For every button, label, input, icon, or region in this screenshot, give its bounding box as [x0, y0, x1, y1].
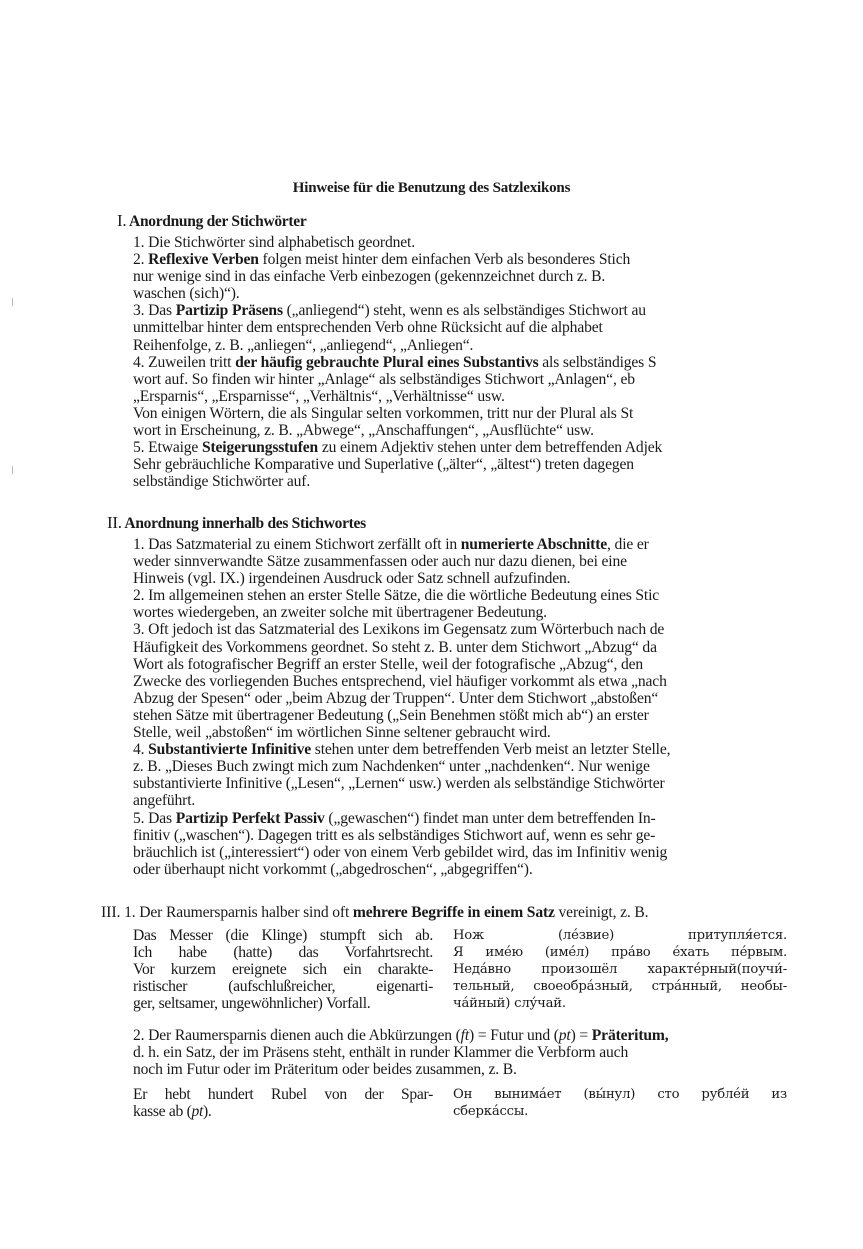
text-run: Zwecke des vorliegenden Buches entsprech…	[133, 673, 667, 690]
text-run: oder überhaupt nicht vorkommt („abgedros…	[133, 861, 533, 878]
text-run: ) =	[571, 1027, 592, 1044]
text-run: waschen (sich)“).	[133, 285, 240, 302]
text-run: Häufigkeit des Vorkommens geordnet. So s…	[133, 639, 657, 656]
text-line: 5. Das Partizip Perfekt Passiv („gewasch…	[133, 810, 785, 827]
section-body-2: 1. Das Satzmaterial zu einem Stichwort z…	[133, 536, 785, 878]
example-russian-2: Он вынимáет (вы́нул) сто рублéй изсберкá…	[453, 1086, 787, 1120]
text-line: Zwecke des vorliegenden Buches entsprech…	[133, 673, 785, 690]
text-run: wortes wiedergeben, an zweiter solche mi…	[133, 604, 547, 621]
text-run: Hinweis (vgl. IX.) irgendeinen Ausdruck …	[133, 570, 570, 587]
example-german-2: Er hebt hundert Rubel von der Spar-kasse…	[133, 1086, 433, 1120]
text-run: als selbständiges S	[539, 354, 657, 371]
text-line: Abzug der Spesen“ oder „beim Abzug der T…	[133, 690, 785, 707]
text-line: bräuchlich ist („interessiert“) oder von…	[133, 844, 785, 861]
text-run: zu einem Adjektiv stehen unter dem betre…	[318, 439, 662, 456]
text-line: Stelle, weil „abstoßen“ im wörtlichen Si…	[133, 724, 785, 741]
text-line: 3. Das Partizip Präsens („anliegend“) st…	[133, 302, 785, 319]
bold-term: Substantivierte Infinitive	[148, 741, 311, 758]
text-line: Hinweis (vgl. IX.) irgendeinen Ausdruck …	[133, 570, 785, 587]
text-run: nur wenige sind in das einfache Verb ein…	[133, 268, 605, 285]
text-run: 4.	[133, 741, 148, 758]
text-line: 1. Die Stichwörter sind alphabetisch geo…	[133, 234, 785, 251]
text-run: vereinigt, z. B.	[555, 904, 649, 921]
text-run: weder sinnverwandte Sätze zusammenfassen…	[133, 553, 627, 570]
text-line: 4. Zuweilen tritt der häufig gebrauchte …	[133, 354, 785, 371]
text-line: Häufigkeit des Vorkommens geordnet. So s…	[133, 639, 785, 656]
text-line: Er hebt hundert Rubel von der Spar-	[133, 1086, 433, 1103]
section-number: I.	[117, 211, 126, 230]
text-line: сберкáссы.	[453, 1103, 787, 1120]
text-line: Ich habe (hatte) das Vorfahrtsrecht.	[133, 944, 433, 961]
text-run: 1. Die Stichwörter sind alphabetisch geo…	[133, 234, 415, 251]
page-title: Hinweise für die Benutzung des Satzlexik…	[0, 180, 863, 197]
text-line: Недáвно произошёл характéрный(поучи́-	[453, 961, 787, 978]
bold-term: Präteritum,	[592, 1027, 669, 1044]
section-title: Anordnung innerhalb des Stichwortes	[124, 515, 365, 532]
text-run: folgen meist hinter dem einfachen Verb a…	[259, 251, 630, 268]
abbreviation: pt	[191, 1103, 203, 1120]
text-line: „Ersparnis“, „Ersparnisse“, „Verhältnis“…	[133, 388, 785, 405]
text-run: Wort als fotografischer Begriff an erste…	[133, 656, 643, 673]
text-run: 4. Zuweilen tritt	[133, 354, 235, 371]
section-3-paragraph-2: 2. Der Raumersparnis dienen auch die Abk…	[133, 1027, 787, 1078]
text-run: Von einigen Wörtern, die als Singular se…	[133, 405, 633, 422]
text-run: („gewaschen“) findet man unter dem betre…	[325, 810, 656, 827]
text-run: substantivierte Infinitive („Lesen“, „Le…	[133, 775, 665, 792]
text-run: 2.	[133, 251, 148, 268]
text-line: selbständige Stichwörter auf.	[133, 473, 785, 490]
text-line: unmittelbar hinter dem entsprechenden Ve…	[133, 319, 785, 336]
section-intro: 1. Der Raumersparnis halber sind oft meh…	[124, 904, 648, 921]
text-run: d. h. ein Satz, der im Präsens steht, en…	[133, 1044, 628, 1061]
text-line: 2. Reflexive Verben folgen meist hinter …	[133, 251, 785, 268]
bold-term: Partizip Perfekt Passiv	[176, 810, 325, 827]
scan-artifact	[12, 298, 13, 306]
text-line: 2. Im allgemeinen stehen an erster Stell…	[133, 587, 785, 604]
text-line: Reihenfolge, z. B. „anliegen“, „anliegen…	[133, 337, 785, 354]
text-line: d. h. ein Satz, der im Präsens steht, en…	[133, 1044, 787, 1061]
text-line: kasse ab (pt).	[133, 1103, 433, 1120]
text-run: 3. Oft jedoch ist das Satzmaterial des L…	[133, 621, 664, 638]
bold-term: mehrere Begriffe in einem Satz	[353, 904, 555, 921]
text-run: Reihenfolge, z. B. „anliegen“, „anliegen…	[133, 337, 473, 354]
text-line: Von einigen Wörtern, die als Singular se…	[133, 405, 785, 422]
text-run: finitiv („waschen“). Dagegen tritt es al…	[133, 827, 655, 844]
section-heading-3: III. 1. Der Raumersparnis halber sind of…	[101, 904, 801, 921]
text-run: („anliegend“) steht, wenn es als selbstä…	[283, 302, 646, 319]
text-run: 2. Im allgemeinen stehen an erster Stell…	[133, 587, 659, 604]
text-run: 5. Etwaige	[133, 439, 202, 456]
text-run: stehen unter dem betreffenden Verb meist…	[311, 741, 670, 758]
text-run: 5. Das	[133, 810, 176, 827]
text-line: 4. Substantivierte Infinitive stehen unt…	[133, 741, 785, 758]
text-line: ristischer (aufschlußreicher, eigenarti-	[133, 978, 433, 995]
text-run: wort in Erscheinung, z. B. „Abwege“, „An…	[133, 422, 594, 439]
text-run: noch im Futur oder im Präteritum oder be…	[133, 1061, 517, 1078]
text-line: wort in Erscheinung, z. B. „Abwege“, „An…	[133, 422, 785, 439]
text-run: ) = Futur und (	[469, 1027, 559, 1044]
example-german: Das Messer (die Klinge) stumpft sich ab.…	[133, 927, 433, 1012]
text-line: Vor kurzem ereignete sich ein charakte-	[133, 961, 433, 978]
scan-artifact	[12, 466, 13, 474]
text-line: angeführt.	[133, 792, 785, 809]
text-run: bräuchlich ist („interessiert“) oder von…	[133, 844, 667, 861]
text-run: „Ersparnis“, „Ersparnisse“, „Verhältnis“…	[133, 388, 505, 405]
abbreviation: ft	[461, 1027, 469, 1044]
text-run: angeführt.	[133, 792, 195, 809]
section-body-1: 1. Die Stichwörter sind alphabetisch geo…	[133, 234, 785, 490]
text-line: 1. Das Satzmaterial zu einem Stichwort z…	[133, 536, 785, 553]
bold-term: Steigerungsstufen	[202, 439, 318, 456]
text-line: Wort als fotografischer Begriff an erste…	[133, 656, 785, 673]
text-line: substantivierte Infinitive („Lesen“, „Le…	[133, 775, 785, 792]
text-run: Stelle, weil „abstoßen“ im wörtlichen Si…	[133, 724, 551, 741]
text-line: finitiv („waschen“). Dagegen tritt es al…	[133, 827, 785, 844]
bold-term: Partizip Präsens	[176, 302, 283, 319]
section-heading-2: II. Anordnung innerhalb des Stichwortes	[107, 513, 366, 533]
text-run: 1. Das Satzmaterial zu einem Stichwort z…	[133, 536, 461, 553]
text-line: stehen Sätze mit übertragener Bedeutung …	[133, 707, 785, 724]
bold-term: numerierte Abschnitte	[461, 536, 607, 553]
section-heading-1: I. Anordnung der Stichwörter	[117, 211, 306, 231]
text-line: oder überhaupt nicht vorkommt („abgedros…	[133, 861, 785, 878]
section-number: III.	[101, 904, 120, 921]
text-run: wort auf. So finden wir hinter „Anlage“ …	[133, 371, 635, 388]
text-run: z. B. „Dieses Buch zwingt mich zum Nachd…	[133, 758, 650, 775]
text-line: чáйный) слу́чай.	[453, 995, 787, 1012]
text-line: Sehr gebräuchliche Komparative und Super…	[133, 456, 785, 473]
text-line: тельный, своеобрáзный, стрáнный, необы-	[453, 978, 787, 995]
text-run: Er hebt hundert Rubel von der Spar-	[133, 1086, 433, 1103]
text-run: stehen Sätze mit übertragener Bedeutung …	[133, 707, 649, 724]
text-line: wort auf. So finden wir hinter „Anlage“ …	[133, 371, 785, 388]
text-line: Я имéю (имéл) прáво éхать пéрвым.	[453, 944, 787, 961]
text-line: 5. Etwaige Steigerungsstufen zu einem Ad…	[133, 439, 785, 456]
text-run: Abzug der Spesen“ oder „beim Abzug der T…	[133, 690, 658, 707]
abbreviation: pt	[559, 1027, 571, 1044]
text-run: Sehr gebräuchliche Komparative und Super…	[133, 456, 634, 473]
text-run: ).	[203, 1103, 212, 1120]
text-line: Нож (лéзвие) притупля́ется.	[453, 927, 787, 944]
text-run: 1. Der Raumersparnis halber sind oft	[124, 904, 353, 921]
text-run: selbständige Stichwörter auf.	[133, 473, 310, 490]
text-line: z. B. „Dieses Buch zwingt mich zum Nachd…	[133, 758, 785, 775]
text-line: 3. Oft jedoch ist das Satzmaterial des L…	[133, 621, 785, 638]
text-run: 3. Das	[133, 302, 176, 319]
text-run: kasse ab (	[133, 1103, 191, 1120]
text-line: 2. Der Raumersparnis dienen auch die Abk…	[133, 1027, 787, 1044]
text-line: waschen (sich)“).	[133, 285, 785, 302]
text-line: wortes wiedergeben, an zweiter solche mi…	[133, 604, 785, 621]
text-line: noch im Futur oder im Präteritum oder be…	[133, 1061, 787, 1078]
text-run: , die er	[607, 536, 649, 553]
text-line: Das Messer (die Klinge) stumpft sich ab.	[133, 927, 433, 944]
text-run: 2. Der Raumersparnis dienen auch die Abk…	[133, 1027, 461, 1044]
text-run: unmittelbar hinter dem entsprechenden Ve…	[133, 319, 603, 336]
bold-term: Reflexive Verben	[148, 251, 259, 268]
section-number: II.	[107, 513, 122, 532]
text-line: Он вынимáет (вы́нул) сто рублéй из	[453, 1086, 787, 1103]
example-russian: Нож (лéзвие) притупля́ется.Я имéю (имéл)…	[453, 927, 787, 1012]
text-line: weder sinnverwandte Sätze zusammenfassen…	[133, 553, 785, 570]
text-line: nur wenige sind in das einfache Verb ein…	[133, 268, 785, 285]
text-line: ger, seltsamer, ungewöhnlicher) Vorfall.	[133, 995, 433, 1012]
bold-term: der häufig gebrauchte Plural eines Subst…	[235, 354, 538, 371]
section-title: Anordnung der Stichwörter	[129, 213, 306, 230]
